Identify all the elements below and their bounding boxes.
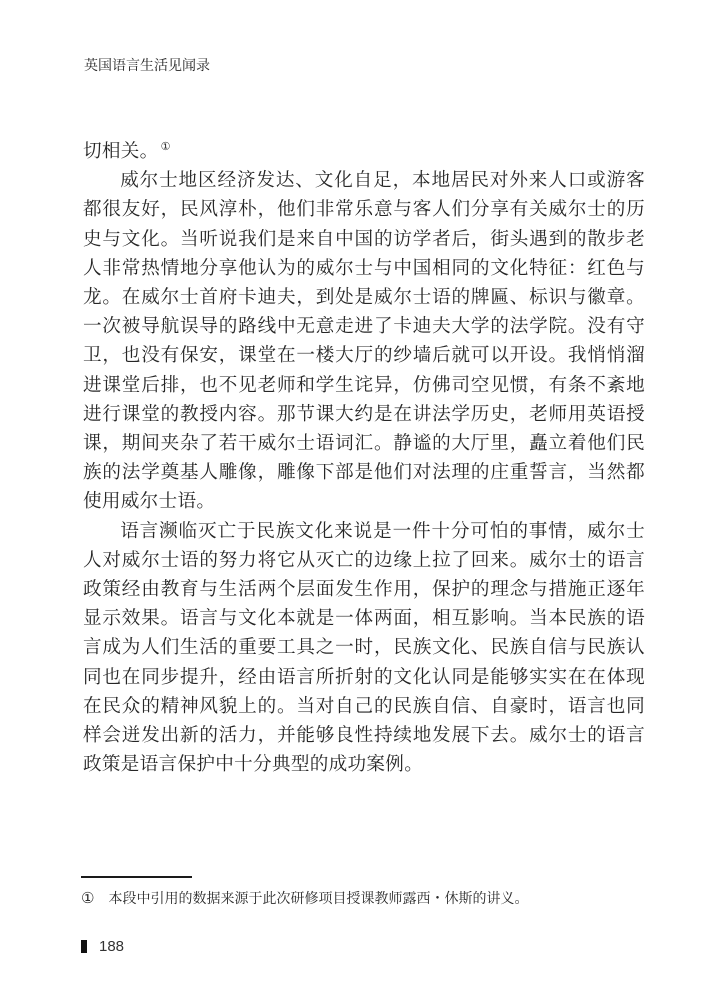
- footnote-divider: [81, 876, 192, 878]
- footnote-text: 本段中引用的数据来源于此次研修项目授课教师露西・休斯的讲义。: [108, 888, 528, 908]
- page-marker-block-icon: [81, 940, 87, 953]
- paragraph-text: 切相关。: [83, 141, 159, 162]
- running-header-title: 英国语言生活见闻录: [84, 55, 210, 75]
- paragraph-language-policy: 语言濒临灭亡于民族文化来说是一件十分可怕的事情，威尔士人对威尔士语的努力将它从灭…: [83, 517, 645, 780]
- footnote: ① 本段中引用的数据来源于此次研修项目授课教师露西・休斯的讲义。: [81, 888, 528, 908]
- page-footer: 188: [81, 938, 124, 955]
- page-number: 188: [99, 938, 124, 955]
- footnote-marker: ①: [81, 889, 94, 907]
- paragraph-wales-culture: 威尔士地区经济发达、文化自足，本地居民对外来人口或游客都很友好，民风淳朴，他们非…: [83, 166, 645, 516]
- body-text: 切相关。① 威尔士地区经济发达、文化自足，本地居民对外来人口或游客都很友好，民风…: [83, 137, 645, 779]
- footnote-reference: ①: [161, 140, 171, 153]
- paragraph-continuation: 切相关。①: [83, 137, 645, 166]
